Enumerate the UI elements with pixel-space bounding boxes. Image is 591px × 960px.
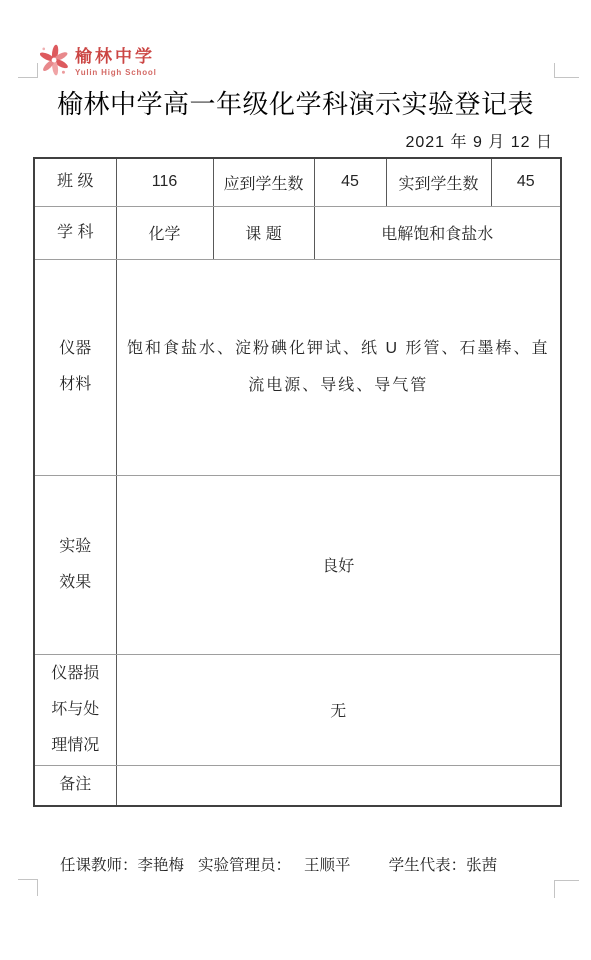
table-row-damage: 仪器损 坏与处 理情况 无 bbox=[34, 654, 561, 765]
class-value: 116 bbox=[116, 158, 213, 206]
teacher-label: 任课教师： bbox=[60, 853, 138, 875]
table-row-class: 班 级 116 应到学生数 45 实到学生数 45 bbox=[34, 158, 561, 206]
actual-students-value: 45 bbox=[491, 158, 561, 206]
crop-mark-bottom-left bbox=[18, 879, 38, 896]
effect-label: 实验 效果 bbox=[34, 475, 116, 654]
topic-value: 电解饱和食盐水 bbox=[314, 206, 561, 259]
crop-mark-top-right bbox=[554, 63, 579, 78]
actual-students-label: 实到学生数 bbox=[386, 158, 491, 206]
table-row-effect: 实验 效果 良好 bbox=[34, 475, 561, 654]
school-name-cn: 榆林中学 bbox=[75, 48, 157, 65]
student-name: 张茜 bbox=[466, 853, 497, 875]
subject-value: 化学 bbox=[116, 206, 213, 259]
remarks-label: 备注 bbox=[34, 765, 116, 806]
crop-mark-top-left bbox=[18, 63, 38, 78]
table-row-subject: 学 科 化学 课 题 电解饱和食盐水 bbox=[34, 206, 561, 259]
effect-value: 良好 bbox=[116, 475, 561, 654]
materials-value: 饱和食盐水、淀粉碘化钾试、纸 U 形管、石墨棒、直 流电源、导线、导气管 bbox=[116, 259, 561, 475]
class-label: 班 级 bbox=[34, 158, 116, 206]
damage-label: 仪器损 坏与处 理情况 bbox=[34, 654, 116, 765]
remarks-value bbox=[116, 765, 561, 806]
damage-value: 无 bbox=[116, 654, 561, 765]
materials-label: 仪器 材料 bbox=[34, 259, 116, 475]
expected-students-label: 应到学生数 bbox=[213, 158, 314, 206]
manager-label: 实验管理员： bbox=[198, 853, 291, 875]
expected-students-value: 45 bbox=[314, 158, 386, 206]
teacher-name: 李艳梅 bbox=[138, 853, 185, 875]
crop-mark-bottom-right bbox=[554, 880, 579, 898]
topic-label: 课 题 bbox=[213, 206, 314, 259]
student-label: 学生代表： bbox=[389, 853, 467, 875]
page-title: 榆林中学高一年级化学科演示实验登记表 bbox=[0, 84, 591, 121]
signature-line: 任课教师： 李艳梅 实验管理员： 王顺平 学生代表： 张茜 bbox=[33, 853, 560, 875]
table-row-remarks: 备注 bbox=[34, 765, 561, 806]
subject-label: 学 科 bbox=[34, 206, 116, 259]
table-row-materials: 仪器 材料 饱和食盐水、淀粉碘化钾试、纸 U 形管、石墨棒、直 流电源、导线、导… bbox=[34, 259, 561, 475]
school-logo: 榆林中学 Yulin High School bbox=[40, 44, 157, 83]
experiment-registration-table: 班 级 116 应到学生数 45 实到学生数 45 学 科 化学 课 题 电解饱… bbox=[33, 157, 562, 807]
blossom-icon bbox=[40, 44, 70, 83]
manager-name: 王顺平 bbox=[304, 853, 351, 875]
document-date: 2021 年 9 月 12 日 bbox=[405, 129, 553, 152]
school-name-en: Yulin High School bbox=[75, 69, 157, 77]
